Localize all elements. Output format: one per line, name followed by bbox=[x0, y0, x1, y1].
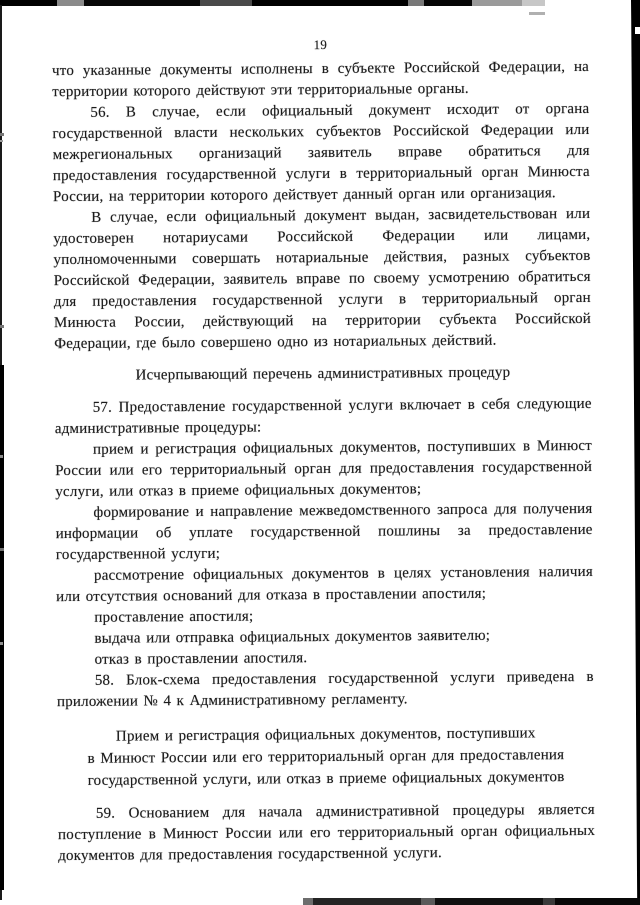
paragraph: рассмотрение официальных документов в це… bbox=[56, 562, 593, 608]
paragraph: 59. Основанием для начала административн… bbox=[58, 800, 595, 867]
scan-artifact-left-edge-thick bbox=[0, 365, 4, 890]
scan-artifact-right-notch bbox=[635, 27, 640, 34]
paragraph: 57. Предоставление государственной услуг… bbox=[55, 394, 592, 440]
paragraph: прием и регистрация официальных документ… bbox=[55, 436, 592, 503]
section-heading: Прием и регистрация официальных документ… bbox=[57, 722, 595, 792]
page-content: 19 что указанные документы исполнены в с… bbox=[52, 32, 596, 867]
scan-speck bbox=[0, 548, 4, 551]
scan-artifact-top-edge bbox=[0, 0, 558, 6]
scan-artifact-top-dash bbox=[529, 12, 545, 15]
scan-speck bbox=[0, 455, 3, 458]
paragraph: формирование и направление межведомствен… bbox=[55, 499, 592, 566]
paragraph: В случае, если официальный документ выда… bbox=[53, 204, 591, 355]
scan-artifact-bottom-edge bbox=[303, 898, 640, 905]
paragraph: что указанные документы исполнены в субъ… bbox=[52, 57, 589, 103]
scan-speck bbox=[0, 325, 4, 328]
scanned-page: 19 что указанные документы исполнены в с… bbox=[0, 0, 640, 905]
scan-speck bbox=[0, 140, 3, 142]
scan-speck bbox=[0, 642, 3, 645]
section-heading-line: государственной услуги, или отказ в прие… bbox=[58, 766, 595, 792]
section-heading: Исчерпывающий перечень административных … bbox=[54, 362, 591, 387]
paragraph: 56. В случае, если официальный документ … bbox=[52, 99, 590, 208]
scan-speck bbox=[0, 133, 4, 136]
page-number: 19 bbox=[52, 32, 589, 57]
scan-artifact-right-edge bbox=[630, 0, 640, 905]
paragraph: 58. Блок-схема предоставления государств… bbox=[57, 667, 594, 713]
